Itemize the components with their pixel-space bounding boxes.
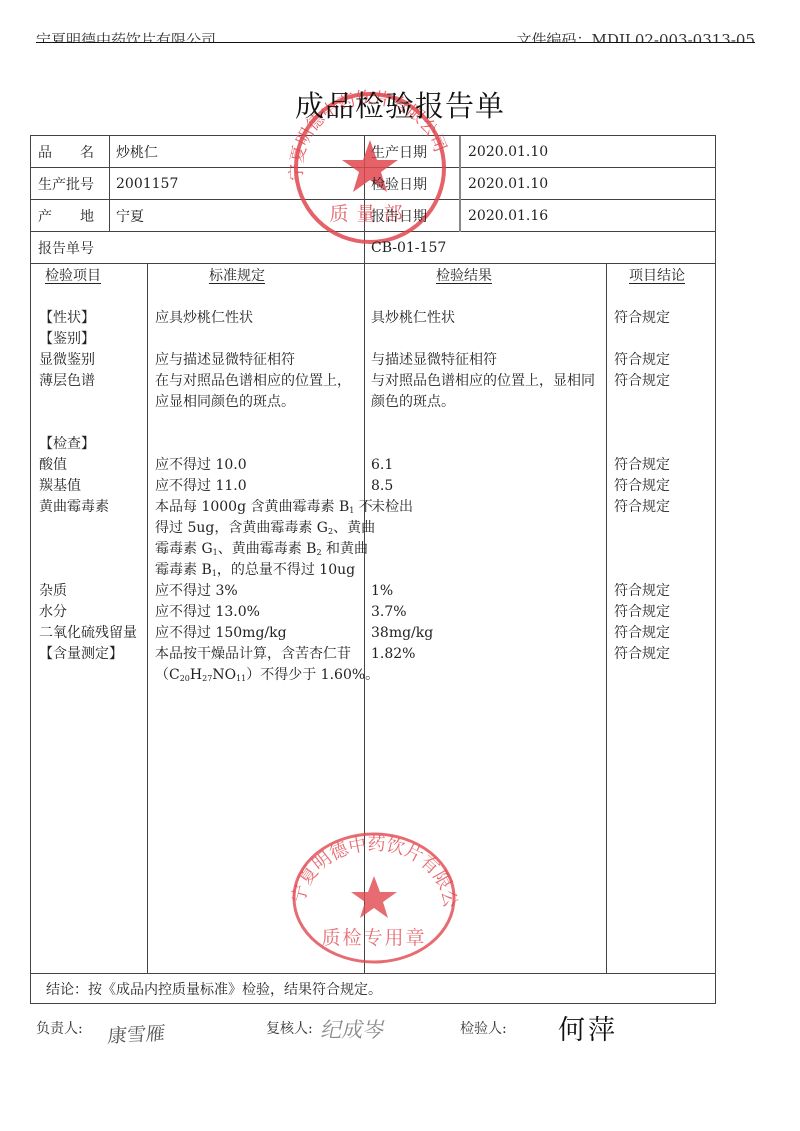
report-no-label: 报告单号 [31, 232, 331, 263]
row-item: 杂质 [39, 581, 67, 602]
row-conclusion: 符合规定 [614, 497, 670, 518]
row-conclusion: 符合规定 [614, 602, 670, 623]
info-row-report-no: 报告单号 CB-01-157 [31, 232, 715, 264]
row-standard: 应显相同颜色的斑点。 [155, 392, 295, 413]
row-item: 【性状】 [39, 308, 95, 329]
row-standard: 应不得过 11.0 [155, 476, 247, 497]
report-date-label: 报告日期 [364, 200, 459, 231]
row-conclusion: 符合规定 [614, 623, 670, 644]
row-result: 38mg/kg [371, 623, 433, 644]
row-result: 具炒桃仁性状 [371, 308, 455, 329]
test-date-value: 2020.01.10 [461, 168, 711, 199]
row-standard: 应不得过 150mg/kg [155, 623, 287, 644]
row-item: 酸值 [39, 455, 67, 476]
row-standard: （C20H27NO11）不得少于 1.60%。 [155, 665, 379, 689]
row-item: 黄曲霉毒素 [39, 497, 109, 518]
row-result: 与描述显微特征相符 [371, 350, 497, 371]
row-result: 颜色的斑点。 [371, 392, 455, 413]
row-standard: 在与对照品色谱相应的位置上， [155, 371, 351, 392]
reviewer-label: 复核人: [266, 1018, 313, 1038]
row-item: 薄层色谱 [39, 371, 95, 392]
row-result: 未检出 [371, 497, 413, 518]
info-row-product: 品 名 炒桃仁 生产日期 2020.01.10 [31, 136, 715, 168]
report-date-value: 2020.01.16 [461, 200, 711, 231]
reviewer-signature: 纪成岑 [319, 1014, 388, 1044]
row-item: 水分 [39, 602, 67, 623]
row-conclusion: 符合规定 [614, 644, 670, 665]
origin-label: 产 地 [31, 200, 109, 231]
col-header-result: 检验结果 [436, 266, 492, 287]
batch-label: 生产批号 [31, 168, 109, 199]
row-standard: 应不得过 10.0 [155, 455, 247, 476]
row-standard: 本品按干燥品计算，含苦杏仁苷 [155, 644, 351, 665]
product-name-value: 炒桃仁 [109, 136, 364, 167]
row-standard: 应不得过 13.0% [155, 602, 260, 623]
row-conclusion: 符合规定 [614, 371, 670, 392]
test-date-label: 检验日期 [364, 168, 459, 199]
inspector-signature: 何萍 [558, 1008, 618, 1047]
batch-value: 2001157 [109, 168, 364, 199]
col-header-conclusion: 项目结论 [629, 266, 685, 287]
report-table: 品 名 炒桃仁 生产日期 2020.01.10 生产批号 2001157 检验日… [30, 135, 716, 1004]
page-header: 宁夏明德中药饮片有限公司 文件编码：MDJL02-003-0313-05 [36, 18, 755, 43]
final-conclusion-row: 结论：按《成品内控质量标准》检验，结果符合规定。 [31, 974, 715, 1003]
row-result: 与对照品色谱相应的位置上，显相同 [371, 371, 595, 392]
info-row-batch: 生产批号 2001157 检验日期 2020.01.10 [31, 168, 715, 200]
row-standard: 应与描述显微特征相符 [155, 350, 295, 371]
row-item: 【含量测定】 [39, 644, 123, 665]
prod-date-value: 2020.01.10 [461, 136, 711, 167]
row-standard: 应具炒桃仁性状 [155, 308, 253, 329]
row-item: 显微鉴别 [39, 350, 95, 371]
row-conclusion: 符合规定 [614, 455, 670, 476]
report-title: 成品检验报告单 [0, 84, 800, 125]
row-item: 【鉴别】 [39, 329, 95, 350]
row-conclusion: 符合规定 [614, 476, 670, 497]
row-item: 二氧化硫残留量 [39, 623, 137, 644]
final-conclusion: 结论：按《成品内控质量标准》检验，结果符合规定。 [39, 974, 709, 1003]
info-row-origin: 产 地 宁夏 报告日期 2020.01.16 [31, 200, 715, 232]
company-name: 宁夏明德中药饮片有限公司 [36, 32, 216, 43]
inspector-label: 检验人: [460, 1018, 507, 1038]
col-header-item: 检验项目 [45, 266, 101, 287]
col-header-standard: 标准规定 [209, 266, 265, 287]
product-name-label: 品 名 [31, 136, 109, 167]
row-conclusion: 符合规定 [614, 308, 670, 329]
responsible-label: 负责人: [36, 1018, 83, 1038]
responsible-signature: 康雪雁 [107, 1019, 167, 1049]
prod-date-label: 生产日期 [364, 136, 459, 167]
row-conclusion: 符合规定 [614, 581, 670, 602]
report-no-value: CB-01-157 [364, 232, 704, 263]
row-result: 8.5 [371, 476, 393, 497]
row-result: 1.82% [371, 644, 415, 665]
origin-value: 宁夏 [109, 200, 364, 231]
row-conclusion: 符合规定 [614, 350, 670, 371]
row-standard: 应不得过 3% [155, 581, 238, 602]
row-item: 羰基值 [39, 476, 81, 497]
row-result: 3.7% [371, 602, 407, 623]
row-item: 【检查】 [39, 434, 95, 455]
row-result: 6.1 [371, 455, 393, 476]
row-result: 1% [371, 581, 393, 602]
document-code: 文件编码：MDJL02-003-0313-05 [516, 32, 755, 43]
